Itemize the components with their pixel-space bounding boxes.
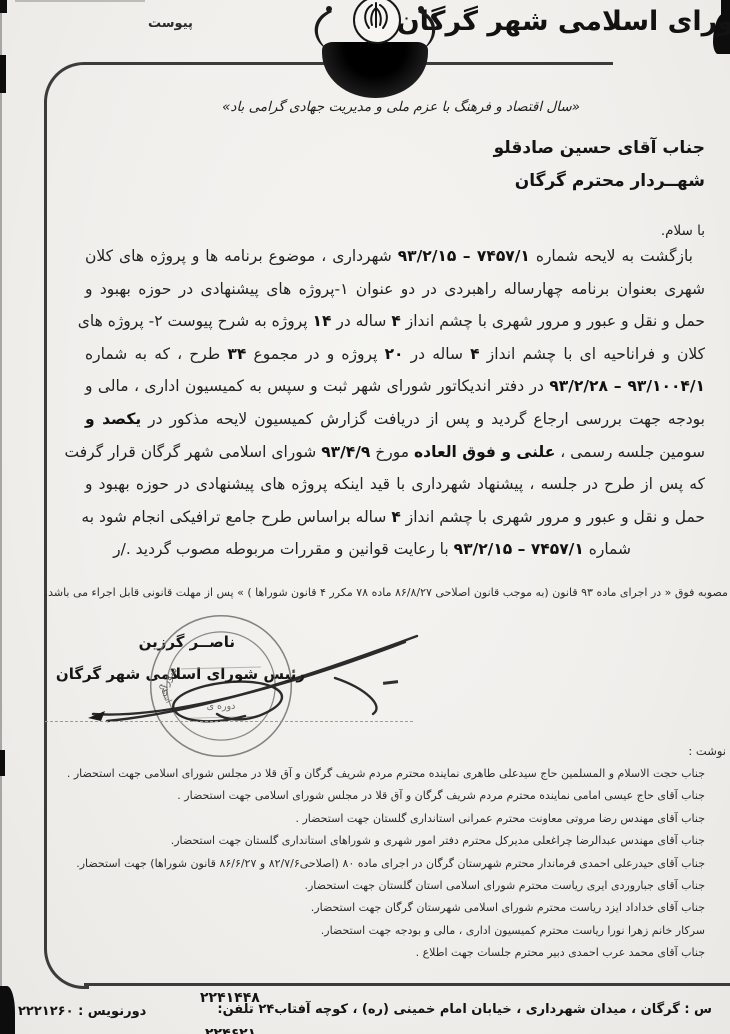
recipient-name: جناب آقای حسین صادقلو <box>494 138 705 158</box>
cc-item: جناب آقای محمد عرب احمدی دبیر محترم جلسا… <box>67 942 705 964</box>
scan-artifact <box>0 750 5 776</box>
cc-list: جناب حجت الاسلام و المسلمین حاج سیدعلی ط… <box>67 763 705 965</box>
cc-label: نوشت : <box>688 744 726 758</box>
cc-item: جناب آقای حاج عیسی امامی نماینده محترم م… <box>67 785 705 807</box>
body-paragraph: بازگشت به لایحه شماره ۷۴۵۷/۱ – ۹۳/۲/۱۵ ش… <box>85 247 705 573</box>
body-line: بودجه جهت بررسی ارجاع گردید و پس از دریا… <box>85 410 705 443</box>
body-line: شماره ۷۴۵۷/۱ – ۹۳/۲/۱۵ با رعایت قوانین و… <box>85 540 705 573</box>
body-line: سومین جلسه رسمی ، علنی و فوق العاده مورخ… <box>85 443 705 476</box>
frame-bottom-line <box>84 983 730 986</box>
scan-edge-strip <box>0 0 2 1034</box>
legal-footnote: منأ مصوبه فوق « در اجرای ماده ۹۳ قانون (… <box>45 586 730 599</box>
body-line: حمل و نقل و عبور و مرور شهری با چشم اندا… <box>85 508 705 541</box>
body-line: ۹۳/۱۰۰۴/۱ – ۹۳/۲/۲۸ در دفتر اندیکاتور شو… <box>85 377 705 410</box>
footer-address: س : گرگان ، میدان شهرداری ، خیابان امام … <box>217 1002 712 1017</box>
scan-artifact <box>15 0 145 2</box>
recipient-block: جناب آقای حسین صادقلو شهــردار محترم گرگ… <box>494 138 705 191</box>
recipient-title: شهــردار محترم گرگان <box>494 171 705 191</box>
cc-item: جناب آقای مهندس رضا مروتی معاونت محترم ع… <box>67 808 705 830</box>
frame-left-line <box>44 100 47 948</box>
dotted-divider <box>45 721 413 722</box>
scanned-letter-page: ورای اسلامی شهر گرگان پیوست «سال اقتصاد … <box>0 0 730 1034</box>
footer-phone-number: ۲۲۴۱۴۴۸ <box>200 990 260 1006</box>
footer-fax-label: دورنویس : <box>78 1004 146 1019</box>
footer-fax: دورنویس : ۲۲۲۱۲۶۰ <box>18 1004 146 1019</box>
cc-item: جناب آقای جباروردی ایری ریاست محترم شورا… <box>67 875 705 897</box>
body-line: بازگشت به لایحه شماره ۷۴۵۷/۱ – ۹۳/۲/۱۵ ش… <box>85 247 705 280</box>
scan-artifact <box>0 55 6 93</box>
emblem-left-ornament-icon <box>302 6 336 54</box>
body-line: که پس از طرح در جلسه ، پیشنهاد شهرداری ب… <box>85 475 705 508</box>
cc-item: جناب آقای مهندس عبدالرضا چراغعلی مدیرکل … <box>67 830 705 852</box>
emblem-right-ornament-icon <box>414 6 448 54</box>
body-line: حمل و نقل و عبور و مرور شهری با چشم اندا… <box>85 312 705 345</box>
body-line: شهری بعنوان برنامه چهارساله راهبردی در د… <box>85 280 705 313</box>
cc-item: جناب حجت الاسلام و المسلمین حاج سیدعلی ط… <box>67 763 705 785</box>
attachment-label: پیوست <box>148 16 193 31</box>
frame-corner <box>44 62 89 107</box>
scan-artifact <box>0 986 15 1034</box>
body-line: کلان و فراناحیه ای با چشم انداز ۴ ساله د… <box>85 345 705 378</box>
signature-scribble <box>85 622 420 732</box>
footer-phone-number-2: ۲۲۴۶۲۱ <box>205 1026 256 1034</box>
scan-artifact <box>0 0 7 13</box>
emblem-tulip-icon <box>356 0 396 38</box>
cc-item: سرکار خانم زهرا نورا ریاست محترم کمیسیون… <box>67 920 705 942</box>
iran-emblem-icon <box>300 0 450 110</box>
footer-fax-number: ۲۲۲۱۲۶۰ <box>18 1004 74 1019</box>
emblem-bowl-shape <box>322 42 428 98</box>
cc-item: جناب آقای خداداد ایزد ریاست محترم شورای … <box>67 897 705 919</box>
cc-item: جناب آقای حیدرعلی احمدی فرماندار محترم ش… <box>67 853 705 875</box>
greeting-line: با سلام. <box>661 223 705 239</box>
year-slogan: «سال اقتصاد و فرهنگ با عزم ملی و مدیریت … <box>260 99 580 115</box>
